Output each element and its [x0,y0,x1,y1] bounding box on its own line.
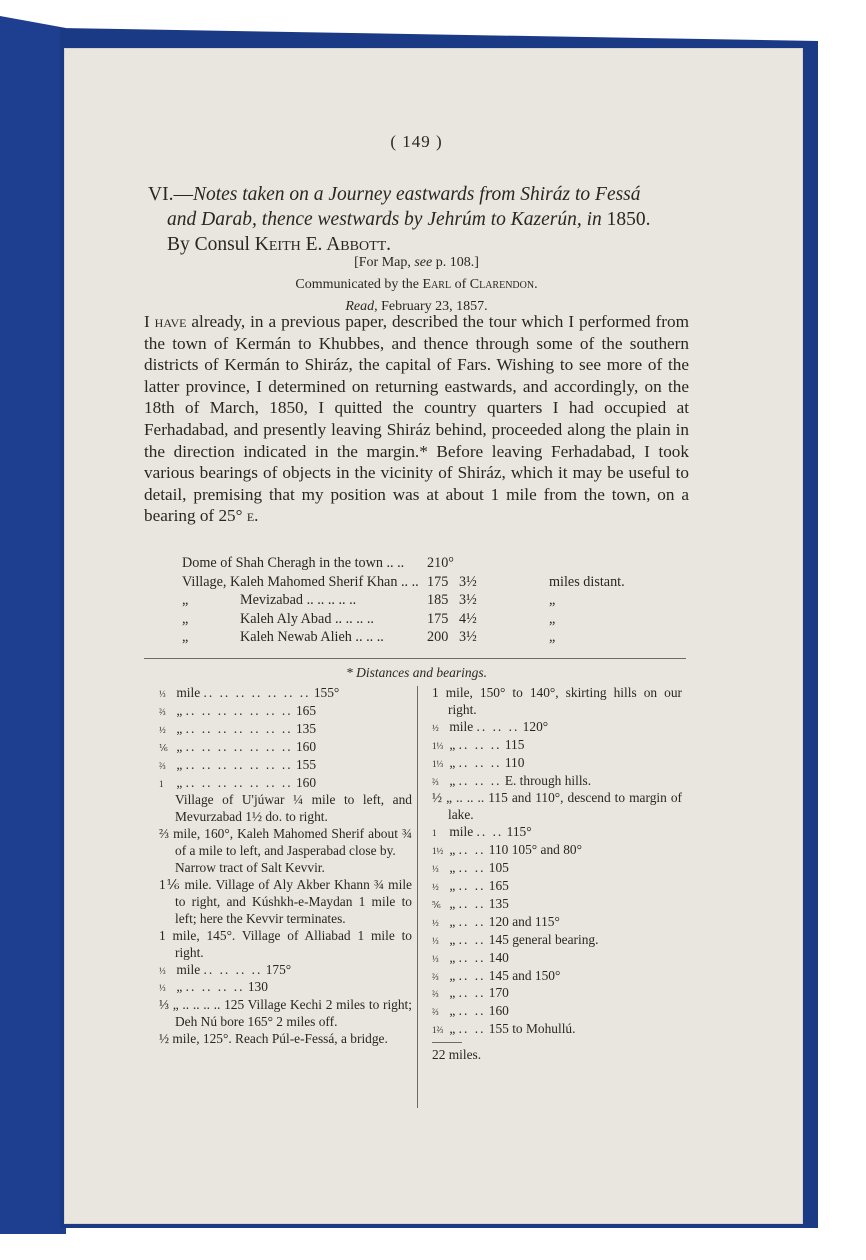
bearing-row: „Kaleh Aly Abad .. .. .. ..1754½„ [182,610,625,629]
footnote-left-column: ⅓ mile .. .. .. .. .. .. .. 155°⅔ „ .. .… [159,685,412,1048]
entry-dots: .. .. .. .. .. .. .. [186,721,293,736]
entry-dist: 1⅔ [432,1022,446,1039]
entry-bearing: 115 [505,737,525,752]
entry-dist: ⅓ [159,963,173,980]
title-year: 1850. [602,209,651,230]
entry-dots: .. .. .. .. .. .. .. [186,703,293,718]
bearing-distance: 3½ [459,628,549,647]
distance-entry: ⅔ „ .. .. 145 and 150° [432,968,682,986]
distance-entry: 1½ „ .. .. 110 105° and 80° [432,842,682,860]
bearing-unit: „ [549,591,555,610]
bearing-unit: „ [549,628,555,647]
distance-entry: ⅓ „ .. .. 140 [432,950,682,968]
entry-bearing: 120° [523,719,548,734]
footnote-heading: * Distances and bearings. [144,665,689,681]
entry-bearing: 145 general bearing. [489,932,599,947]
entry-dist: ⅓ [432,861,446,878]
page-number: ( 149 ) [144,132,689,152]
entry-unit: „ [449,1003,455,1018]
distance-entry: ½ „ .. .. .. .. .. .. .. 135 [159,721,412,739]
entry-dots: .. .. [477,824,504,839]
bearing-bearing: 175 [427,610,459,629]
entry-dots: .. .. [459,932,486,947]
entry-dots: .. .. [459,985,486,1000]
entry-dots: .. .. [459,896,486,911]
distance-entry: ⅔ „ .. .. .. .. .. .. .. 165 [159,703,412,721]
route-paragraph: ⅔ mile, 160°, Kaleh Mahomed Sherif about… [159,826,412,860]
distance-entry: 1⅓ „ .. .. .. 115 [432,737,682,755]
title-line-2a: and Darab [167,209,252,230]
entry-unit: „ [176,775,182,790]
distance-entry: 1⅓ „ .. .. .. 110 [432,755,682,773]
route-paragraph: 1 mile, 145°. Village of Alliabad 1 mile… [159,928,412,962]
entry-unit: „ [449,878,455,893]
distance-entry: ½ „ .. .. 165 [432,878,682,896]
entry-bearing: 155 to Mohullú. [489,1021,576,1036]
entry-bearing: 160 [489,1003,509,1018]
distance-entry: ⅓ „ .. .. 145 general bearing. [432,932,682,950]
opening-words: I have [144,312,186,331]
location-name: „Mevizabad .. .. .. .. .. [182,591,427,610]
entry-dist: 1⅓ [432,756,446,773]
entry-dist: ⅔ [432,774,446,791]
entry-bearing: E. through hills. [505,773,591,788]
bearings-table: Dome of Shah Cheragh in the town .. ..21… [182,554,625,647]
entry-bearing: 140 [489,950,509,965]
title-line-2b: , thence westwards by Jehrúm to Kazerún, [252,209,587,230]
bearing-row: Village, Kaleh Mahomed Sherif Khan .. ..… [182,573,625,592]
entry-unit: „ [449,755,455,770]
entry-bearing: 120 and 115° [489,914,560,929]
entry-dots: .. .. .. .. [204,962,263,977]
column-divider [417,686,418,1108]
entry-dist: ⅔ [432,1004,446,1021]
ditto-mark: „ [182,628,202,647]
route-paragraph: ⅓ „ .. .. .. .. 125 Village Kechi 2 mile… [159,997,412,1031]
entry-dots: .. .. .. [477,719,520,734]
distance-entry: ½ „ .. .. 120 and 115° [432,914,682,932]
entry-unit: „ [449,1021,455,1036]
entry-dots: .. .. [459,1003,486,1018]
distance-entry: ⅔ „ .. .. .. .. .. .. .. 155 [159,757,412,775]
entry-unit: „ [176,721,182,736]
route-paragraph: ½ „ .. .. .. 115 and 110°, descend to ma… [432,790,682,824]
distance-entry: 1 „ .. .. .. .. .. .. .. 160 [159,775,412,793]
entry-dots: .. .. [459,914,486,929]
entry-bearing: 105 [489,860,509,875]
bearing-bearing: 210° [427,554,459,573]
paragraph-text: already, in a previous paper, described … [144,312,689,525]
entry-dots: .. .. .. [459,737,502,752]
footnote-rule [144,658,686,659]
entry-unit: „ [449,896,455,911]
entry-dots: .. .. .. .. .. .. .. [186,757,293,772]
entry-dots: .. .. [459,968,486,983]
location-name: Dome of Shah Cheragh in the town .. .. [182,554,427,573]
entry-dist: 1 [432,825,446,842]
title-line-1: Notes taken on a Journey eastwards from … [193,184,641,205]
entry-dots: .. .. .. .. .. .. .. [186,775,293,790]
location-name: Village, Kaleh Mahomed Sherif Khan .. .. [182,573,427,592]
entry-dist: ⅔ [432,986,446,1003]
entry-dots: .. .. .. .. .. .. .. [186,739,293,754]
entry-bearing: 165 [489,878,509,893]
distance-entry: ⅙ „ .. .. .. .. .. .. .. 160 [159,739,412,757]
distance-entry: ⅓ mile .. .. .. .. 175° [159,962,412,980]
bearing-row: „Mevizabad .. .. .. .. ..1853½„ [182,591,625,610]
entry-dist: ½ [432,879,446,896]
bearing-row: „Kaleh Newab Alieh .. .. ..2003½„ [182,628,625,647]
bearing-row: Dome of Shah Cheragh in the town .. ..21… [182,554,625,573]
entry-bearing: 135 [296,721,316,736]
entry-bearing: 170 [489,985,509,1000]
bearing-bearing: 200 [427,628,459,647]
bearing-unit: miles distant. [549,573,625,592]
entry-bearing: 130 [248,979,268,994]
bearing-distance: 3½ [459,573,549,592]
entry-bearing: 115° [507,824,532,839]
entry-dots: .. .. .. .. .. .. .. [204,685,311,700]
communicated-by: Communicated by the Earl of Clarendon. [144,274,689,296]
distance-entry: ⅓ mile .. .. .. .. .. .. .. 155° [159,685,412,703]
location-name: „Kaleh Aly Abad .. .. .. .. [182,610,427,629]
article-number: VI.— [148,184,193,205]
entry-dist: ½ [159,722,173,739]
entry-dist: ⅓ [159,686,173,703]
book-page: ( 149 ) VI.—Notes taken on a Journey eas… [64,48,803,1224]
bearing-unit: „ [549,610,555,629]
route-paragraph: 1⅙ mile. Village of Aly Akber Khann ¾ mi… [159,877,412,928]
entry-dist: ⅓ [432,933,446,950]
bearing-distance: 4½ [459,610,549,629]
distance-entry: ⅔ „ .. .. 160 [432,1003,682,1021]
entry-bearing: 175° [266,962,291,977]
entry-dist: ⅙ [159,740,173,757]
entry-dist: ⅔ [432,969,446,986]
entry-unit: „ [449,932,455,947]
route-paragraph: 1 mile, 150° to 140°, skirting hills on … [432,685,682,719]
entry-dots: .. .. [459,878,486,893]
entry-unit: „ [449,773,455,788]
entry-dist: ⅓ [159,980,173,997]
ditto-mark: „ [182,610,202,629]
bearing-bearing: 175 [427,573,459,592]
entry-unit: „ [176,739,182,754]
entry-dist: ⅔ [159,758,173,775]
entry-dots: .. .. [459,1021,486,1036]
entry-unit: mile [449,824,473,839]
entry-bearing: 155 [296,757,316,772]
bearing-bearing: 185 [427,591,459,610]
distance-entry: 1⅔ „ .. .. 155 to Mohullú. [432,1021,682,1039]
entry-bearing: 160 [296,739,316,754]
entry-bearing: 110 [505,755,525,770]
distance-entry: ⅓ „ .. .. 105 [432,860,682,878]
location-name: „Kaleh Newab Alieh .. .. .. [182,628,427,647]
distance-entry: ⅔ „ .. .. .. E. through hills. [432,773,682,791]
entry-dist: ⅓ [432,951,446,968]
book-cover-left [0,16,66,1234]
entry-unit: „ [449,842,455,857]
entry-dots: .. .. [459,860,486,875]
entry-dist: 1 [159,776,173,793]
entry-unit: „ [449,950,455,965]
distance-entry: 1 mile .. .. 115° [432,824,682,842]
total-rule [432,1042,462,1043]
distance-entry: ⅚ „ .. .. 135 [432,896,682,914]
entry-dist: ⅚ [432,897,446,914]
entry-bearing: 165 [296,703,316,718]
entry-unit: „ [449,968,455,983]
entry-dots: .. .. .. .. [186,979,245,994]
entry-unit: „ [176,757,182,772]
entry-bearing: 135 [489,896,509,911]
entry-dist: ½ [432,915,446,932]
ditto-mark: „ [182,591,202,610]
entry-dots: .. .. [459,842,486,857]
entry-dist: ⅔ [159,704,173,721]
entry-dots: .. .. [459,950,486,965]
entry-bearing: 160 [296,775,316,790]
entry-dist: 1½ [432,843,446,860]
distance-entry: ⅓ „ .. .. .. .. 130 [159,979,412,997]
distance-entry: ½ mile .. .. .. 120° [432,719,682,737]
article-meta: [For Map, see p. 108.] Communicated by t… [144,252,689,318]
entry-dist: 1⅓ [432,738,446,755]
entry-dots: .. .. .. [459,773,502,788]
bearing-distance: 3½ [459,591,549,610]
entry-unit: „ [449,985,455,1000]
route-paragraph: ½ mile, 125°. Reach Púl-e-Fessá, a bridg… [159,1031,412,1048]
bearing-distance [459,554,549,573]
title-line-2c: in [587,209,602,230]
route-note: Narrow tract of Salt Kevvir. [159,860,412,877]
entry-unit: mile [176,685,200,700]
entry-unit: mile [176,962,200,977]
article-title: VI.—Notes taken on a Journey eastwards f… [148,182,673,257]
entry-unit: „ [449,860,455,875]
entry-dots: .. .. .. [459,755,502,770]
entry-unit: „ [176,703,182,718]
entry-dist: ½ [432,720,446,737]
route-note: Village of U'júwar ¼ mile to left, and M… [159,792,412,826]
total-distance: 22 miles. [432,1047,682,1064]
distance-entry: ⅔ „ .. .. 170 [432,985,682,1003]
entry-bearing: 145 and 150° [489,968,561,983]
map-note: [For Map, see p. 108.] [144,252,689,274]
entry-unit: „ [449,914,455,929]
entry-bearing: 155° [314,685,339,700]
entry-bearing: 110 105° and 80° [489,842,582,857]
body-paragraph: I have already, in a previous paper, des… [144,311,689,527]
entry-unit: „ [449,737,455,752]
entry-unit: mile [449,719,473,734]
footnote-right-column: 1 mile, 150° to 140°, skirting hills on … [432,685,682,1064]
entry-unit: „ [176,979,182,994]
